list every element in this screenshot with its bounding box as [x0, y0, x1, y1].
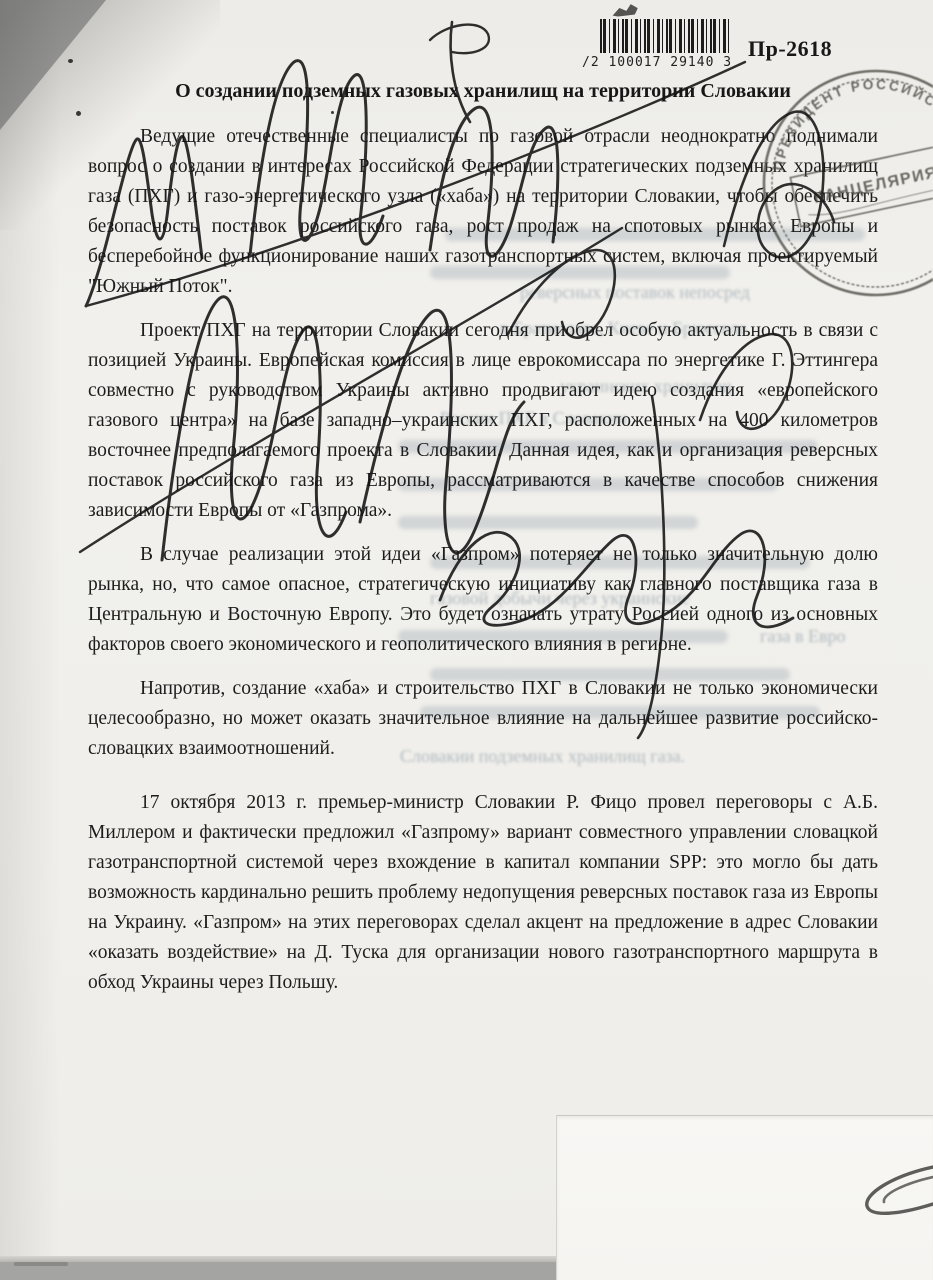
document-body: Ведущие отечественные специалисты по газ… [88, 122, 878, 1012]
paragraph-4: Напротив, создание «хаба» и строительств… [88, 674, 878, 764]
ink-dot [68, 59, 73, 63]
barcode-number: /2 100017 29140 3 [582, 55, 752, 70]
paragraph-5: 17 октября 2013 г. премьер-министр Слова… [88, 788, 878, 998]
barcode-icon [600, 19, 732, 53]
paragraph-2: Проект ПХГ на территории Словакии сегодн… [88, 316, 878, 526]
scanned-document: { "document": { "ref_number": "Пр-2618",… [0, 0, 933, 1280]
paragraph-3: В случае реализации этой идеи «Газпром» … [88, 540, 878, 660]
underlying-sheet [556, 1115, 933, 1280]
scan-smudge [14, 1262, 68, 1266]
paragraph-1: Ведущие отечественные специалисты по газ… [88, 122, 878, 302]
ink-dot [76, 111, 81, 116]
reference-number: Пр-2618 [748, 36, 832, 62]
document-title: О создании подземных газовых хранилищ на… [88, 80, 878, 103]
ink-dot [331, 111, 334, 114]
page-bottom-edge [0, 1256, 556, 1262]
